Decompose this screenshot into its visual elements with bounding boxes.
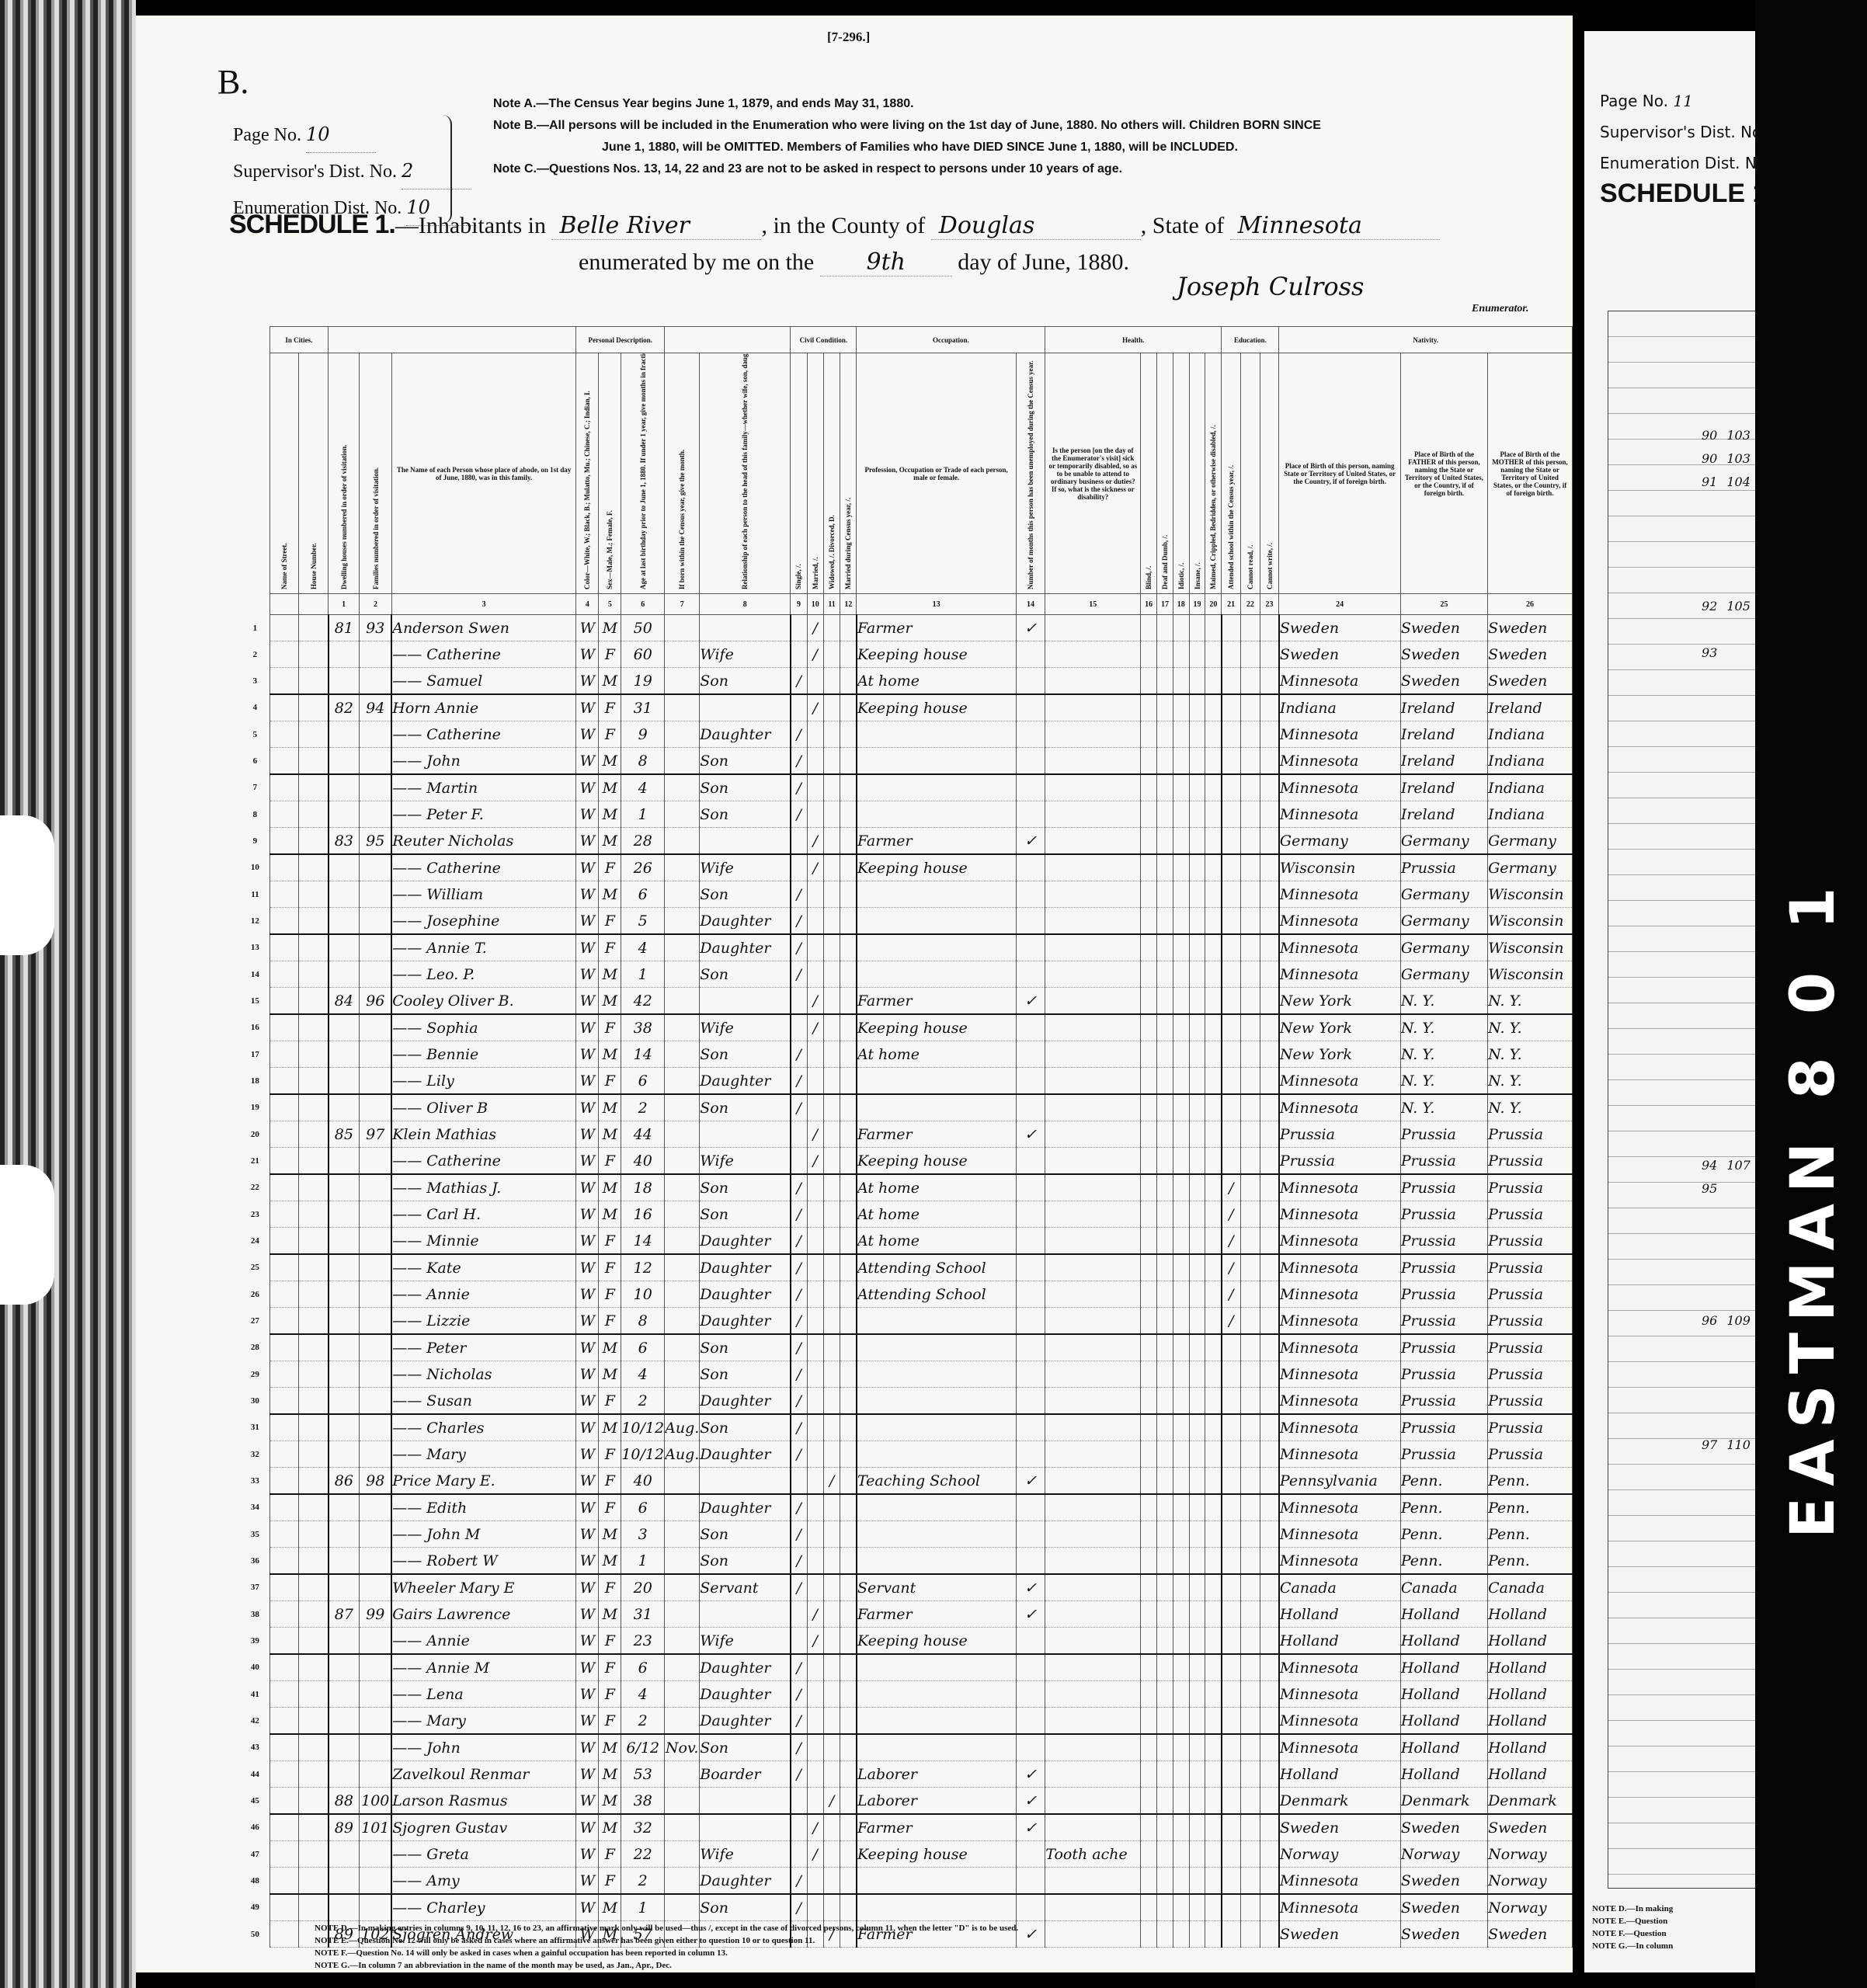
cell-father: Ireland	[1400, 774, 1487, 801]
cell-sex: M	[599, 1734, 621, 1761]
cell-house	[299, 1788, 329, 1815]
cell-color: W	[576, 934, 599, 961]
cell-street	[269, 1921, 299, 1948]
cell-cannot-read	[1240, 1334, 1260, 1361]
line-number: 9	[241, 828, 269, 855]
cell-dwelling	[329, 641, 360, 668]
cell-insane	[1189, 1254, 1205, 1281]
page-no-label: Page No.	[233, 125, 301, 145]
cell-month	[665, 1521, 700, 1548]
cell-family	[360, 1414, 392, 1441]
cell-cannot-write	[1260, 668, 1279, 695]
cell-mother: Indiana	[1488, 748, 1573, 775]
column-header: Families numbered in order of visitation…	[360, 353, 392, 594]
cell-idiotic	[1173, 1174, 1189, 1201]
cell-occupation: Laborer	[857, 1788, 1016, 1815]
cell-deaf	[1157, 641, 1173, 668]
cell-deaf	[1157, 934, 1173, 961]
line-number: 27	[241, 1308, 269, 1335]
cell-deaf	[1157, 1014, 1173, 1041]
table-row: 37Wheeler Mary EWF20Servant/Servant✓Cana…	[241, 1574, 1573, 1601]
cell-occupation	[857, 1734, 1016, 1761]
line-number: 37	[241, 1574, 269, 1601]
cell-color: W	[576, 1814, 599, 1841]
cell-maimed	[1205, 1041, 1222, 1068]
cell-house	[299, 881, 329, 908]
cell-blind	[1141, 1201, 1157, 1228]
cell-widowed	[823, 1228, 840, 1255]
cell-mother: Wisconsin	[1488, 881, 1573, 908]
census-page-left: [7-296.] B. Page No. 10 Supervisor's Dis…	[136, 16, 1573, 1972]
cell-married	[807, 1574, 823, 1601]
cell-birth: Holland	[1279, 1628, 1400, 1655]
cell-dwelling	[329, 1014, 360, 1041]
cell-dwelling: 82	[329, 694, 360, 721]
cell-age: 12	[621, 1254, 665, 1281]
cell-sex: M	[599, 1174, 621, 1201]
cell-sex: M	[599, 615, 621, 641]
right-dwelling-no: 96	[1702, 1313, 1717, 1328]
cell-occupation: At home	[857, 1041, 1016, 1068]
cell-married-year	[840, 961, 857, 988]
cell-relation: Son	[700, 748, 791, 775]
cell-mother: Prussia	[1488, 1334, 1573, 1361]
cell-idiotic	[1173, 1548, 1189, 1575]
cell-school	[1222, 694, 1241, 721]
cell-house	[299, 1681, 329, 1708]
cell-sex: F	[599, 1308, 621, 1335]
cell-cannot-read	[1240, 1601, 1260, 1628]
cell-school: /	[1222, 1228, 1241, 1255]
cell-unemployed	[1016, 1068, 1045, 1095]
cell-mother: Norway	[1488, 1894, 1573, 1921]
cell-house	[299, 1068, 329, 1095]
cell-mother: Penn.	[1488, 1521, 1573, 1548]
cell-relation	[700, 1814, 791, 1841]
cell-occupation: Farmer	[857, 988, 1016, 1015]
cell-father: Prussia	[1400, 1148, 1487, 1175]
cell-occupation: At home	[857, 1228, 1016, 1255]
cell-sickness	[1045, 1014, 1141, 1041]
column-header: Is the person [on the day of the Enumera…	[1045, 353, 1141, 594]
cell-cannot-read	[1240, 1894, 1260, 1921]
cell-dwelling	[329, 1414, 360, 1441]
cell-family	[360, 1868, 392, 1895]
cell-occupation	[857, 1868, 1016, 1895]
cell-insane	[1189, 1041, 1205, 1068]
cell-father: Holland	[1400, 1654, 1487, 1681]
cell-insane	[1189, 1788, 1205, 1815]
cell-school	[1222, 1441, 1241, 1468]
cell-unemployed	[1016, 1228, 1045, 1255]
cell-married	[807, 1308, 823, 1335]
cell-sickness	[1045, 774, 1141, 801]
cell-sickness	[1045, 908, 1141, 935]
cell-cannot-write	[1260, 1468, 1279, 1495]
cell-relation	[700, 1601, 791, 1628]
cell-single: /	[791, 801, 807, 828]
cell-relation: Wife	[700, 1014, 791, 1041]
cell-cannot-write	[1260, 1708, 1279, 1735]
cell-month	[665, 1574, 700, 1601]
table-row: 27—— LizzieWF8Daughter//MinnesotaPrussia…	[241, 1308, 1573, 1335]
cell-sex: M	[599, 1121, 621, 1148]
cell-dwelling	[329, 1868, 360, 1895]
cell-color: W	[576, 748, 599, 775]
cell-married	[807, 908, 823, 935]
cell-birth: Pennsylvania	[1279, 1468, 1400, 1495]
cell-sickness	[1045, 1734, 1141, 1761]
cell-dwelling	[329, 774, 360, 801]
cell-maimed	[1205, 641, 1222, 668]
cell-age: 14	[621, 1228, 665, 1255]
table-row: 3—— SamuelWM19Son/At homeMinnesotaSweden…	[241, 668, 1573, 695]
cell-sex: F	[599, 1148, 621, 1175]
cell-father: Prussia	[1400, 1308, 1487, 1335]
cell-blind	[1141, 1548, 1157, 1575]
cell-relation: Boarder	[700, 1761, 791, 1788]
cell-single: /	[791, 774, 807, 801]
cell-married-year	[840, 881, 857, 908]
cell-house	[299, 748, 329, 775]
column-group-row: In Cities. Personal Description. Civil C…	[241, 327, 1573, 353]
cell-name: —— William	[391, 881, 576, 908]
cell-birth: Minnesota	[1279, 1201, 1400, 1228]
cell-relation: Son	[700, 1174, 791, 1201]
cell-street	[269, 748, 299, 775]
cell-age: 38	[621, 1788, 665, 1815]
line-number: 1	[241, 615, 269, 641]
cell-single	[791, 1014, 807, 1041]
cell-married	[807, 1254, 823, 1281]
cell-birth: Denmark	[1279, 1788, 1400, 1815]
cell-cannot-write	[1260, 1414, 1279, 1441]
cell-birth: Norway	[1279, 1841, 1400, 1868]
cell-relation: Son	[700, 1548, 791, 1575]
cell-insane	[1189, 774, 1205, 801]
cell-married-year	[840, 1681, 857, 1708]
cell-birth: Prussia	[1279, 1148, 1400, 1175]
cell-mother: Penn.	[1488, 1548, 1573, 1575]
right-enumeration-label: Enumeration Dist. No.	[1600, 148, 1771, 179]
cell-relation: Son	[700, 1894, 791, 1921]
cell-insane	[1189, 934, 1205, 961]
table-row: 16—— SophiaWF38Wife/Keeping houseNew Yor…	[241, 1014, 1573, 1041]
cell-street	[269, 721, 299, 748]
cell-month	[665, 934, 700, 961]
cell-name: —— John M	[391, 1521, 576, 1548]
cell-married-year	[840, 1121, 857, 1148]
cell-insane	[1189, 854, 1205, 881]
cell-widowed	[823, 1868, 840, 1895]
cell-school	[1222, 668, 1241, 695]
cell-deaf	[1157, 854, 1173, 881]
cell-color: W	[576, 1494, 599, 1521]
cell-house	[299, 1708, 329, 1735]
cell-name: —— Minnie	[391, 1228, 576, 1255]
column-label: Dwelling houses numbered in order of vis…	[340, 356, 348, 589]
cell-dwelling	[329, 881, 360, 908]
cell-cannot-read	[1240, 1308, 1260, 1335]
cell-idiotic	[1173, 641, 1189, 668]
cell-color: W	[576, 1521, 599, 1548]
cell-sickness	[1045, 1361, 1141, 1388]
cell-mother: N. Y.	[1488, 988, 1573, 1015]
cell-married-year	[840, 1841, 857, 1868]
cell-deaf	[1157, 881, 1173, 908]
cell-age: 50	[621, 615, 665, 641]
table-row: 11—— WilliamWM6Son/MinnesotaGermanyWisco…	[241, 881, 1573, 908]
cell-unemployed	[1016, 1494, 1045, 1521]
cell-blind	[1141, 934, 1157, 961]
cell-house	[299, 1094, 329, 1121]
cell-school	[1222, 1334, 1241, 1361]
cell-widowed	[823, 1628, 840, 1655]
cell-month	[665, 1761, 700, 1788]
cell-cannot-read	[1240, 908, 1260, 935]
cell-cannot-write	[1260, 1654, 1279, 1681]
cell-house	[299, 1814, 329, 1841]
cell-month	[665, 1228, 700, 1255]
cell-unemployed	[1016, 1628, 1045, 1655]
cell-maimed	[1205, 748, 1222, 775]
cell-age: 31	[621, 1601, 665, 1628]
cell-color: W	[576, 1281, 599, 1308]
cell-cannot-read	[1240, 1814, 1260, 1841]
cell-family	[360, 1761, 392, 1788]
cell-age: 6	[621, 1068, 665, 1095]
cell-unemployed: ✓	[1016, 988, 1045, 1015]
cell-single	[791, 1148, 807, 1175]
cell-maimed	[1205, 721, 1222, 748]
cell-name: —— Amy	[391, 1868, 576, 1895]
cell-relation: Son	[700, 1094, 791, 1121]
cell-school	[1222, 1361, 1241, 1388]
cell-mother: Ireland	[1488, 694, 1573, 721]
cell-single: /	[791, 1228, 807, 1255]
column-label: Cannot read, /.	[1246, 356, 1254, 589]
cell-sickness	[1045, 721, 1141, 748]
cell-maimed	[1205, 1228, 1222, 1255]
line-number: 25	[241, 1254, 269, 1281]
cell-deaf	[1157, 615, 1173, 641]
cell-dwelling	[329, 668, 360, 695]
cell-cannot-read	[1240, 1388, 1260, 1415]
cell-maimed	[1205, 961, 1222, 988]
cell-age: 1	[621, 1894, 665, 1921]
cell-cannot-write	[1260, 961, 1279, 988]
cell-unemployed	[1016, 1281, 1045, 1308]
cell-maimed	[1205, 1361, 1222, 1388]
table-row: 17—— BennieWM14Son/At homeNew YorkN. Y.N…	[241, 1041, 1573, 1068]
line-number: 41	[241, 1681, 269, 1708]
right-page-entry: 95	[1702, 1181, 1726, 1196]
cell-mother: Canada	[1488, 1574, 1573, 1601]
cell-house	[299, 1868, 329, 1895]
cell-mother: Indiana	[1488, 774, 1573, 801]
cell-unemployed	[1016, 1441, 1045, 1468]
table-row: 43—— JohnWM6/12Nov.Son/MinnesotaHollandH…	[241, 1734, 1573, 1761]
cell-age: 2	[621, 1094, 665, 1121]
cell-maimed	[1205, 1468, 1222, 1495]
cell-occupation: Keeping house	[857, 1014, 1016, 1041]
cell-house	[299, 1361, 329, 1388]
cell-cannot-write	[1260, 1521, 1279, 1548]
cell-family	[360, 1521, 392, 1548]
cell-color: W	[576, 1308, 599, 1335]
column-header: The Name of each Person whose place of a…	[391, 353, 576, 594]
cell-street	[269, 1014, 299, 1041]
cell-deaf	[1157, 1174, 1173, 1201]
film-stamp: EASTMAN 8 0 1	[1778, 761, 1848, 1654]
cell-occupation: Farmer	[857, 1601, 1016, 1628]
cell-blind	[1141, 1894, 1157, 1921]
column-number: 7	[665, 594, 700, 615]
cell-sickness	[1045, 1681, 1141, 1708]
cell-married	[807, 1201, 823, 1228]
cell-name: Zavelkoul Renmar	[391, 1761, 576, 1788]
cell-occupation: Farmer	[857, 1121, 1016, 1148]
cell-insane	[1189, 1521, 1205, 1548]
cell-name: Gairs Lawrence	[391, 1601, 576, 1628]
cell-month	[665, 854, 700, 881]
cell-married: /	[807, 641, 823, 668]
cell-occupation	[857, 1414, 1016, 1441]
cell-occupation	[857, 801, 1016, 828]
cell-blind	[1141, 668, 1157, 695]
page-no-value: 10	[306, 116, 376, 153]
cell-sickness	[1045, 1441, 1141, 1468]
cell-deaf	[1157, 1654, 1173, 1681]
line-number: 24	[241, 1228, 269, 1255]
cell-street	[269, 668, 299, 695]
cell-deaf	[1157, 1414, 1173, 1441]
cell-insane	[1189, 1174, 1205, 1201]
cell-sickness	[1045, 881, 1141, 908]
cell-street	[269, 1308, 299, 1335]
cell-month	[665, 1894, 700, 1921]
cell-occupation: Attending School	[857, 1254, 1016, 1281]
cell-age: 40	[621, 1468, 665, 1495]
cell-birth: Minnesota	[1279, 1094, 1400, 1121]
cell-idiotic	[1173, 1148, 1189, 1175]
cell-maimed	[1205, 988, 1222, 1015]
cell-house	[299, 1521, 329, 1548]
cell-sex: M	[599, 1548, 621, 1575]
cell-cannot-write	[1260, 1121, 1279, 1148]
cell-unemployed	[1016, 1388, 1045, 1415]
cell-widowed	[823, 1174, 840, 1201]
cell-house	[299, 828, 329, 855]
cell-cannot-write	[1260, 641, 1279, 668]
cell-married: /	[807, 854, 823, 881]
cell-house	[299, 1628, 329, 1655]
group-education: Education.	[1222, 327, 1279, 353]
table-row: 7—— MartinWM4Son/MinnesotaIrelandIndiana	[241, 774, 1573, 801]
cell-father: Prussia	[1400, 1388, 1487, 1415]
cell-birth: Minnesota	[1279, 1654, 1400, 1681]
cell-color: W	[576, 1894, 599, 1921]
cell-school	[1222, 1921, 1241, 1948]
cell-widowed	[823, 1361, 840, 1388]
cell-married	[807, 1548, 823, 1575]
cell-relation: Wife	[700, 1148, 791, 1175]
cell-dwelling	[329, 1734, 360, 1761]
cell-widowed	[823, 1148, 840, 1175]
cell-insane	[1189, 1414, 1205, 1441]
cell-month	[665, 1388, 700, 1415]
cell-dwelling	[329, 961, 360, 988]
cell-dwelling	[329, 1628, 360, 1655]
cell-married: /	[807, 1841, 823, 1868]
cell-birth: Sweden	[1279, 1921, 1400, 1948]
cell-single: /	[791, 1068, 807, 1095]
cell-age: 28	[621, 828, 665, 855]
cell-maimed	[1205, 1841, 1222, 1868]
cell-idiotic	[1173, 1628, 1189, 1655]
column-label: Name of Street.	[280, 356, 288, 589]
line-number: 45	[241, 1788, 269, 1815]
cell-cannot-write	[1260, 1601, 1279, 1628]
cell-age: 1	[621, 961, 665, 988]
cell-name: —— Catherine	[391, 1148, 576, 1175]
cell-cannot-write	[1260, 1041, 1279, 1068]
cell-occupation	[857, 961, 1016, 988]
cell-cannot-write	[1260, 1201, 1279, 1228]
line-number: 44	[241, 1761, 269, 1788]
cell-mother: Holland	[1488, 1628, 1573, 1655]
cell-occupation	[857, 1068, 1016, 1095]
cell-father: Germany	[1400, 908, 1487, 935]
cell-sickness	[1045, 1628, 1141, 1655]
cell-idiotic	[1173, 1708, 1189, 1735]
cell-father: Prussia	[1400, 1441, 1487, 1468]
cell-house	[299, 1201, 329, 1228]
cell-single	[791, 1814, 807, 1841]
cell-cannot-read	[1240, 1628, 1260, 1655]
cell-cannot-read	[1240, 1761, 1260, 1788]
cell-relation: Son	[700, 1201, 791, 1228]
cell-widowed	[823, 1414, 840, 1441]
cell-relation: Daughter	[700, 908, 791, 935]
cell-deaf	[1157, 1814, 1173, 1841]
line-number: 18	[241, 1068, 269, 1095]
cell-maimed	[1205, 1094, 1222, 1121]
table-row: 48294Horn AnnieWF31/Keeping houseIndiana…	[241, 694, 1573, 721]
cell-blind	[1141, 1334, 1157, 1361]
right-dwelling-no: 97	[1702, 1437, 1717, 1452]
line-number: 47	[241, 1841, 269, 1868]
cell-married	[807, 1388, 823, 1415]
cell-birth: Minnesota	[1279, 908, 1400, 935]
cell-mother: Holland	[1488, 1734, 1573, 1761]
note-f: NOTE F.—Question No. 14 will only be ask…	[315, 1947, 1018, 1959]
cell-married: /	[807, 1601, 823, 1628]
table-row: 42—— MaryWF2Daughter/MinnesotaHollandHol…	[241, 1708, 1573, 1735]
cell-street	[269, 1628, 299, 1655]
cell-birth: Minnesota	[1279, 1521, 1400, 1548]
cell-father: N. Y.	[1400, 1014, 1487, 1041]
cell-single: /	[791, 748, 807, 775]
cell-idiotic	[1173, 1334, 1189, 1361]
cell-unemployed	[1016, 1868, 1045, 1895]
cell-family	[360, 641, 392, 668]
cell-mother: Penn.	[1488, 1468, 1573, 1495]
column-label: Attended school within the Census year, …	[1227, 356, 1235, 589]
cell-blind	[1141, 1921, 1157, 1948]
cell-birth: Minnesota	[1279, 1441, 1400, 1468]
cell-family	[360, 1308, 392, 1335]
